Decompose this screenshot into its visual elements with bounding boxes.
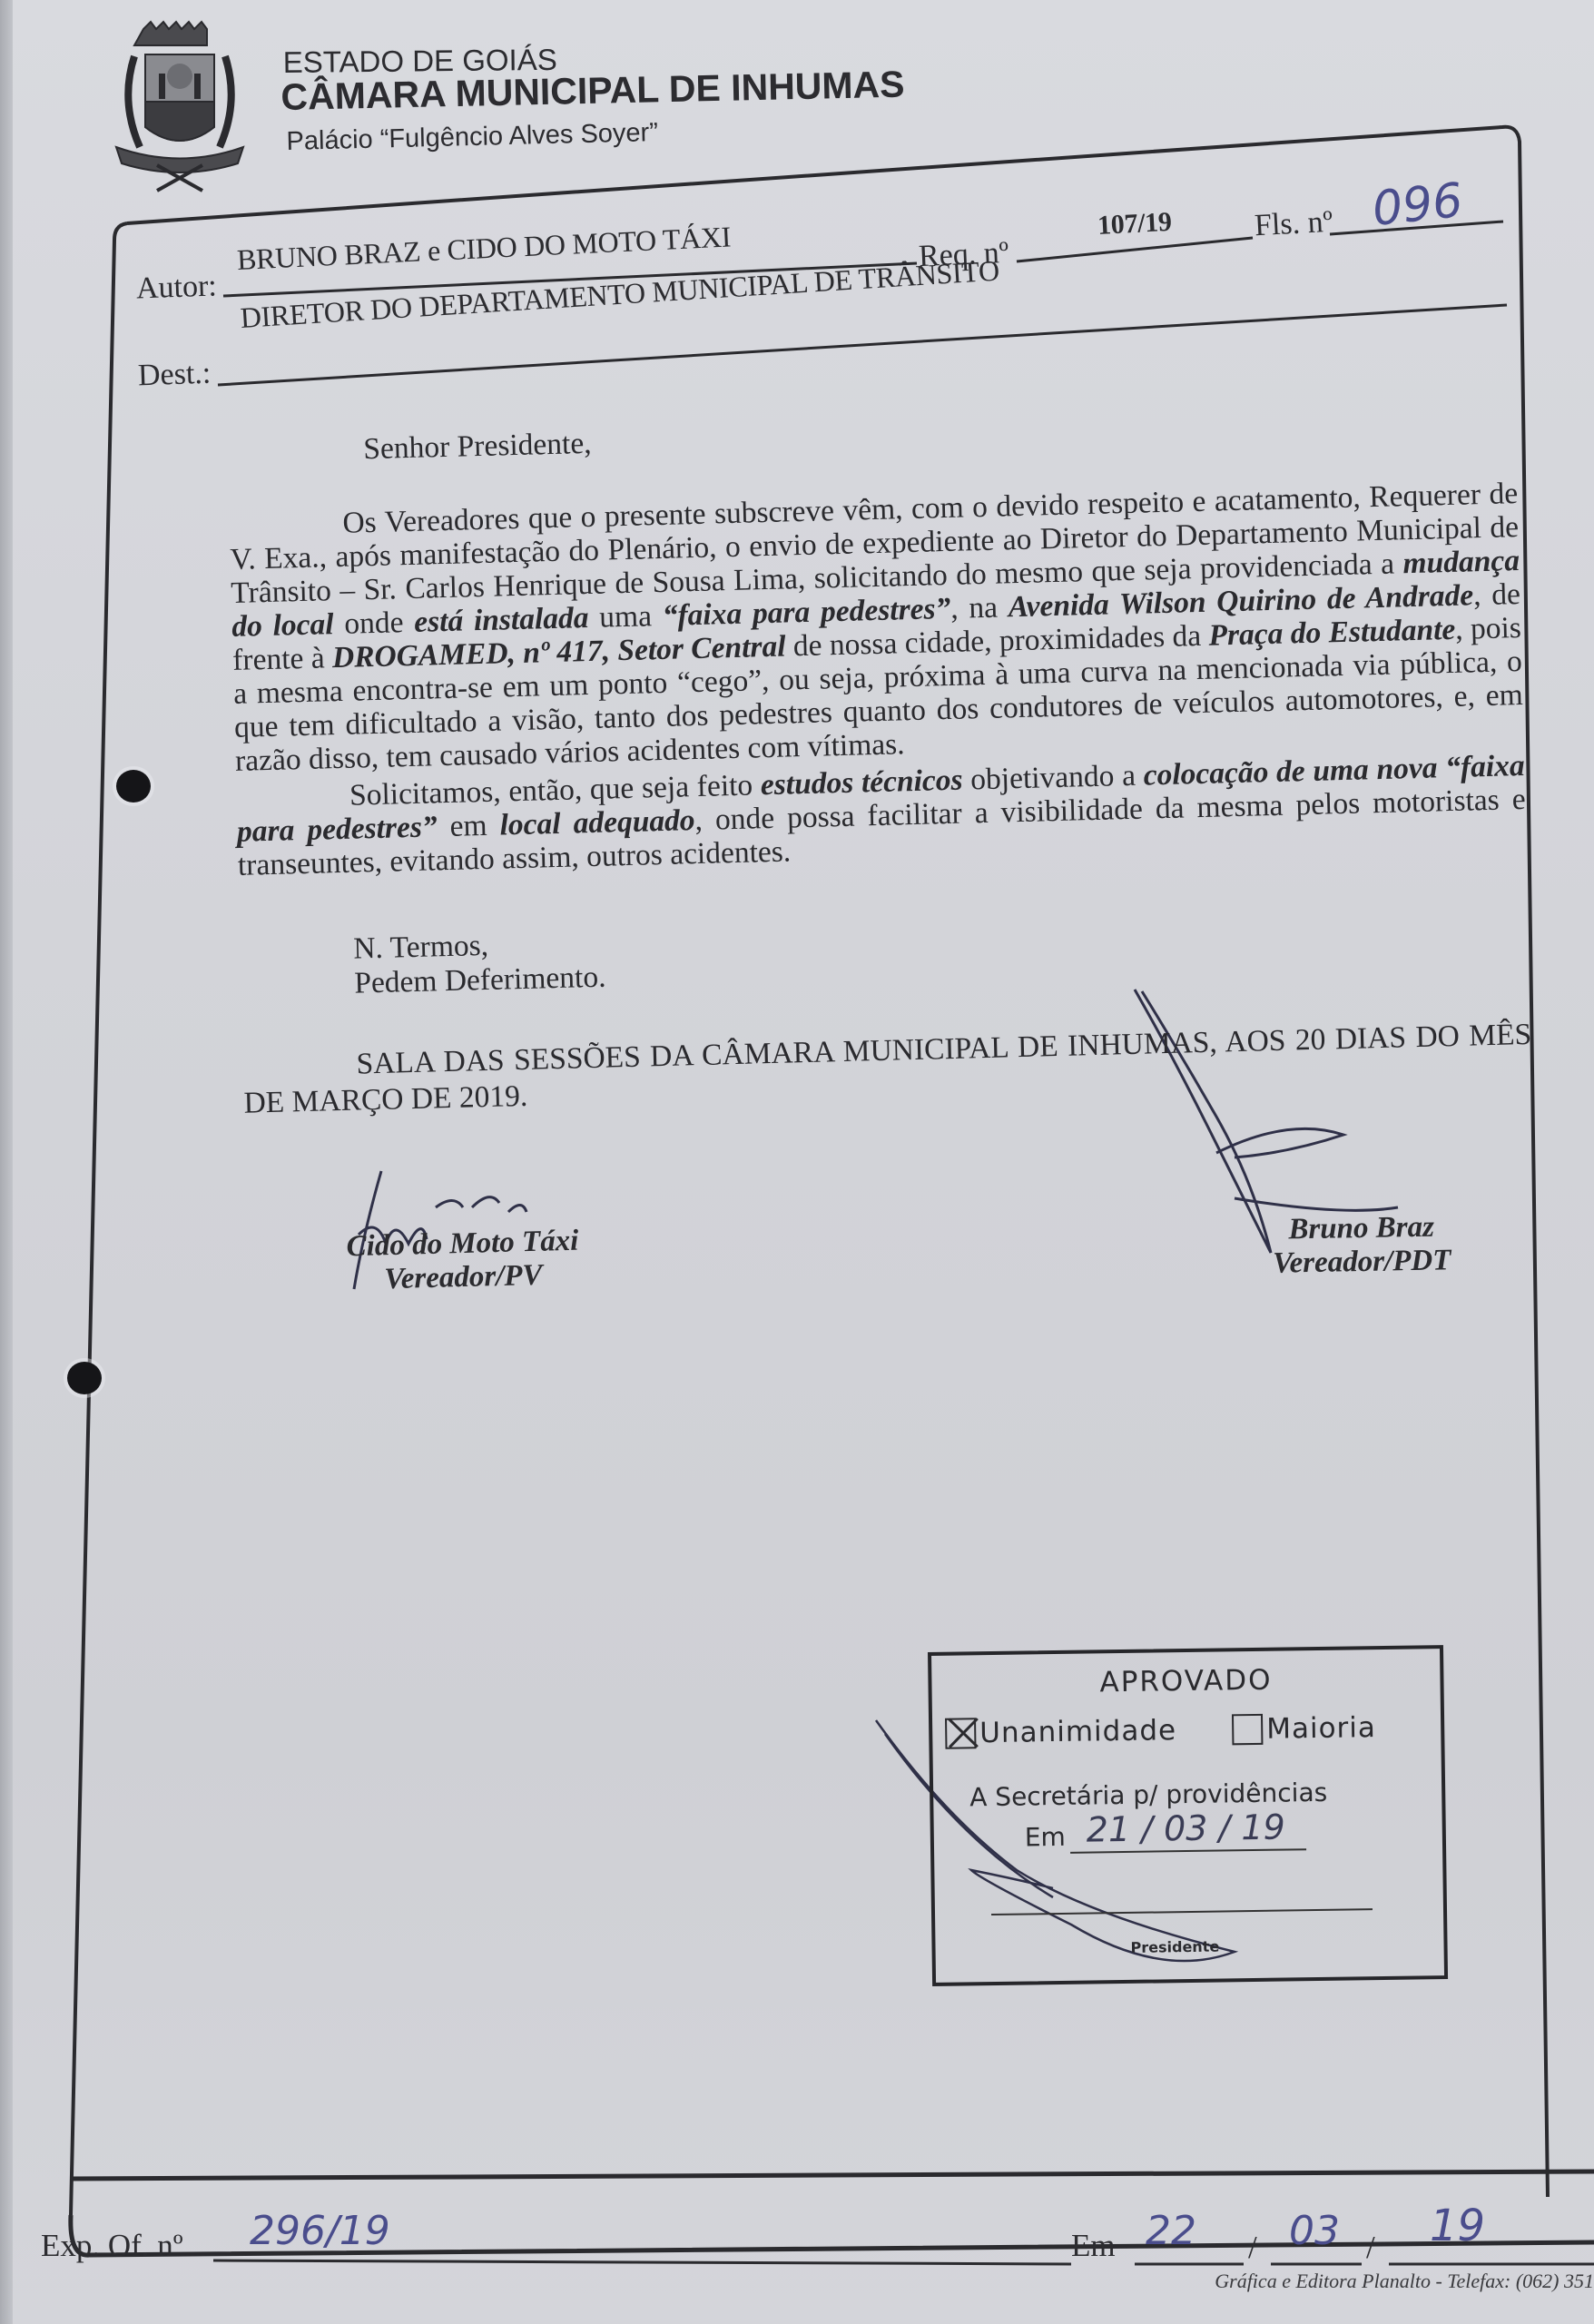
option-unanimity[interactable]: Unanimidade [945,1714,1176,1750]
date-separator: / [1366,2230,1375,2266]
dest-label: Dest.: [137,357,212,394]
option-majority[interactable]: Maioria [1232,1711,1376,1746]
checkbox-empty-icon[interactable] [1232,1714,1263,1745]
fls-label: Fls. nº [1254,205,1333,243]
exp-date-label: Em [1071,2228,1116,2264]
punch-hole [116,770,151,803]
exp-date-day: 22 [1146,2208,1196,2254]
signer-name: Cido do Moto Táxi [326,1224,599,1265]
req-value: 107/19 [1097,207,1172,241]
municipal-coat-of-arms-icon [107,20,252,192]
letter-body: Senhor Presidente, Os Vereadores que o p… [227,403,1533,1122]
punch-hole [67,1362,102,1394]
stamp-title: APROVADO [931,1661,1440,1701]
signature-line [991,1908,1373,1915]
date-separator: / [1248,2230,1257,2266]
author-label: Autor: [135,269,217,306]
president-label: Presidente [1130,1938,1219,1956]
exp-date-year: 19 [1430,2201,1485,2251]
approval-stamp: APROVADO Unanimidade Maioria A Secretári… [928,1645,1448,1986]
stamp-date-value: 21 / 03 / 19 [1086,1807,1285,1850]
exp-value: 296/19 [250,2208,390,2254]
signature-block-bruno: Bruno Braz Vereador/PDT [1225,1209,1498,1281]
checkbox-checked-icon[interactable] [945,1718,976,1748]
stamp-date-label: Em [1025,1822,1066,1853]
signer-name: Bruno Braz [1225,1209,1498,1247]
closing: N. Termos,Pedem Deferimento. [353,902,1530,1001]
exp-label: Exp. Of. nº [41,2228,183,2264]
paragraph-request: Os Vereadores que o presente subscreve v… [229,477,1524,778]
signature-block-cido: Cido do Moto Táxi Vereador/PV [326,1224,600,1298]
exp-date-month: 03 [1289,2208,1340,2254]
signer-role: Vereador/PDT [1225,1243,1499,1281]
printer-credit: Gráfica e Editora Planalto - Telefax: (0… [1215,2270,1594,2293]
signer-role: Vereador/PV [327,1257,600,1298]
paper-edge [0,0,13,2324]
fls-value: 096 [1370,173,1465,237]
